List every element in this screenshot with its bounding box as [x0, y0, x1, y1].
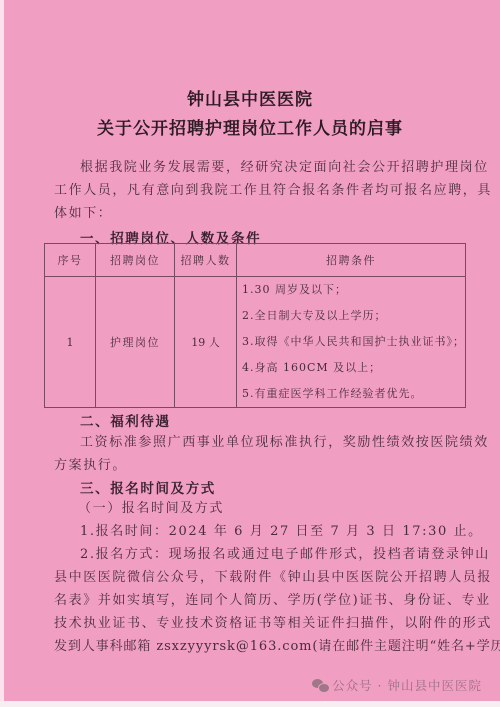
header-position: 招聘岗位: [96, 244, 175, 277]
header-no: 序号: [45, 244, 96, 277]
watermark-text: 公众号 · 钟山县中医医院: [332, 676, 482, 694]
section3-heading: 三、报名时间及方式: [80, 477, 216, 497]
registration-method-line-3: 名表》并如实填写，连同个人简历、学历(学位)证书、身份证、专业: [54, 589, 491, 612]
header-conditions: 招聘条件: [237, 244, 466, 277]
hospital-name-title: 钟山县中医医院: [0, 85, 500, 110]
section3-subheading: （一）报名时间及方式: [78, 497, 224, 520]
condition-item: 1.30 周岁及以下；: [242, 277, 465, 303]
wechat-icon: [312, 679, 328, 692]
cell-position: 护理岗位: [96, 277, 175, 408]
intro-line-2: 工作人员，凡有意向到我院工作且符合报名条件者均可报名应聘，具: [54, 179, 492, 202]
cell-no: 1: [45, 277, 96, 408]
registration-method-line-5: 发到人事科邮箱 zsxzyyyrsk@163.com(请在邮件主题注明“姓名+学…: [54, 635, 500, 658]
cell-count: 19 人: [175, 277, 237, 408]
registration-method-line-2: 县中医医院微信公众号，下载附件《钟山县中医医院公开招聘人员报: [54, 566, 492, 589]
registration-time: 1.报名时间：2024 年 6 月 27 日至 7 月 3 日 17:30 止。: [80, 520, 483, 543]
table-row: 1 护理岗位 19 人 1.30 周岁及以下； 2.全日制大专及以上学历； 3.…: [45, 277, 466, 408]
wechat-watermark: 公众号 · 钟山县中医医院: [312, 676, 482, 694]
condition-item: 2.全日制大专及以上学历；: [242, 303, 465, 329]
condition-item: 5.有重症医学科工作经验者优先。: [242, 381, 465, 407]
condition-item: 4.身高 160CM 及以上；: [242, 355, 465, 381]
condition-item: 3.取得《中华人民共和国护士执业证书》；: [242, 329, 465, 355]
intro-line-3: 体如下：: [54, 202, 112, 225]
registration-method-line-1: 2.报名方式：现场报名或通过电子邮件形式，投档者请登录钟山: [80, 543, 490, 566]
table-header-row: 序号 招聘岗位 招聘人数 招聘条件: [45, 244, 466, 277]
header-count: 招聘人数: [175, 244, 237, 277]
recruitment-table: 序号 招聘岗位 招聘人数 招聘条件 1 护理岗位 19 人 1.30 周岁及以下…: [44, 243, 466, 408]
section2-heading: 二、福利待遇: [80, 410, 171, 430]
page-edge-bottom: [0, 701, 500, 707]
intro-line-1: 根据我院业务发展需要，经研究决定面向社会公开招聘护理岗位: [80, 156, 489, 179]
cell-conditions: 1.30 周岁及以下； 2.全日制大专及以上学历； 3.取得《中华人民共和国护士…: [237, 277, 466, 408]
registration-method-line-4: 技术执业证书、专业技术资格证书等相关证件扫描件，以附件的形式: [54, 612, 492, 635]
notice-title: 关于公开招聘护理岗位工作人员的启事: [0, 114, 500, 139]
section2-line-1: 工资标准参照广西事业单位现标准执行，奖励性绩效按医院绩效: [80, 431, 489, 454]
section2-line-2: 方案执行。: [54, 454, 127, 477]
